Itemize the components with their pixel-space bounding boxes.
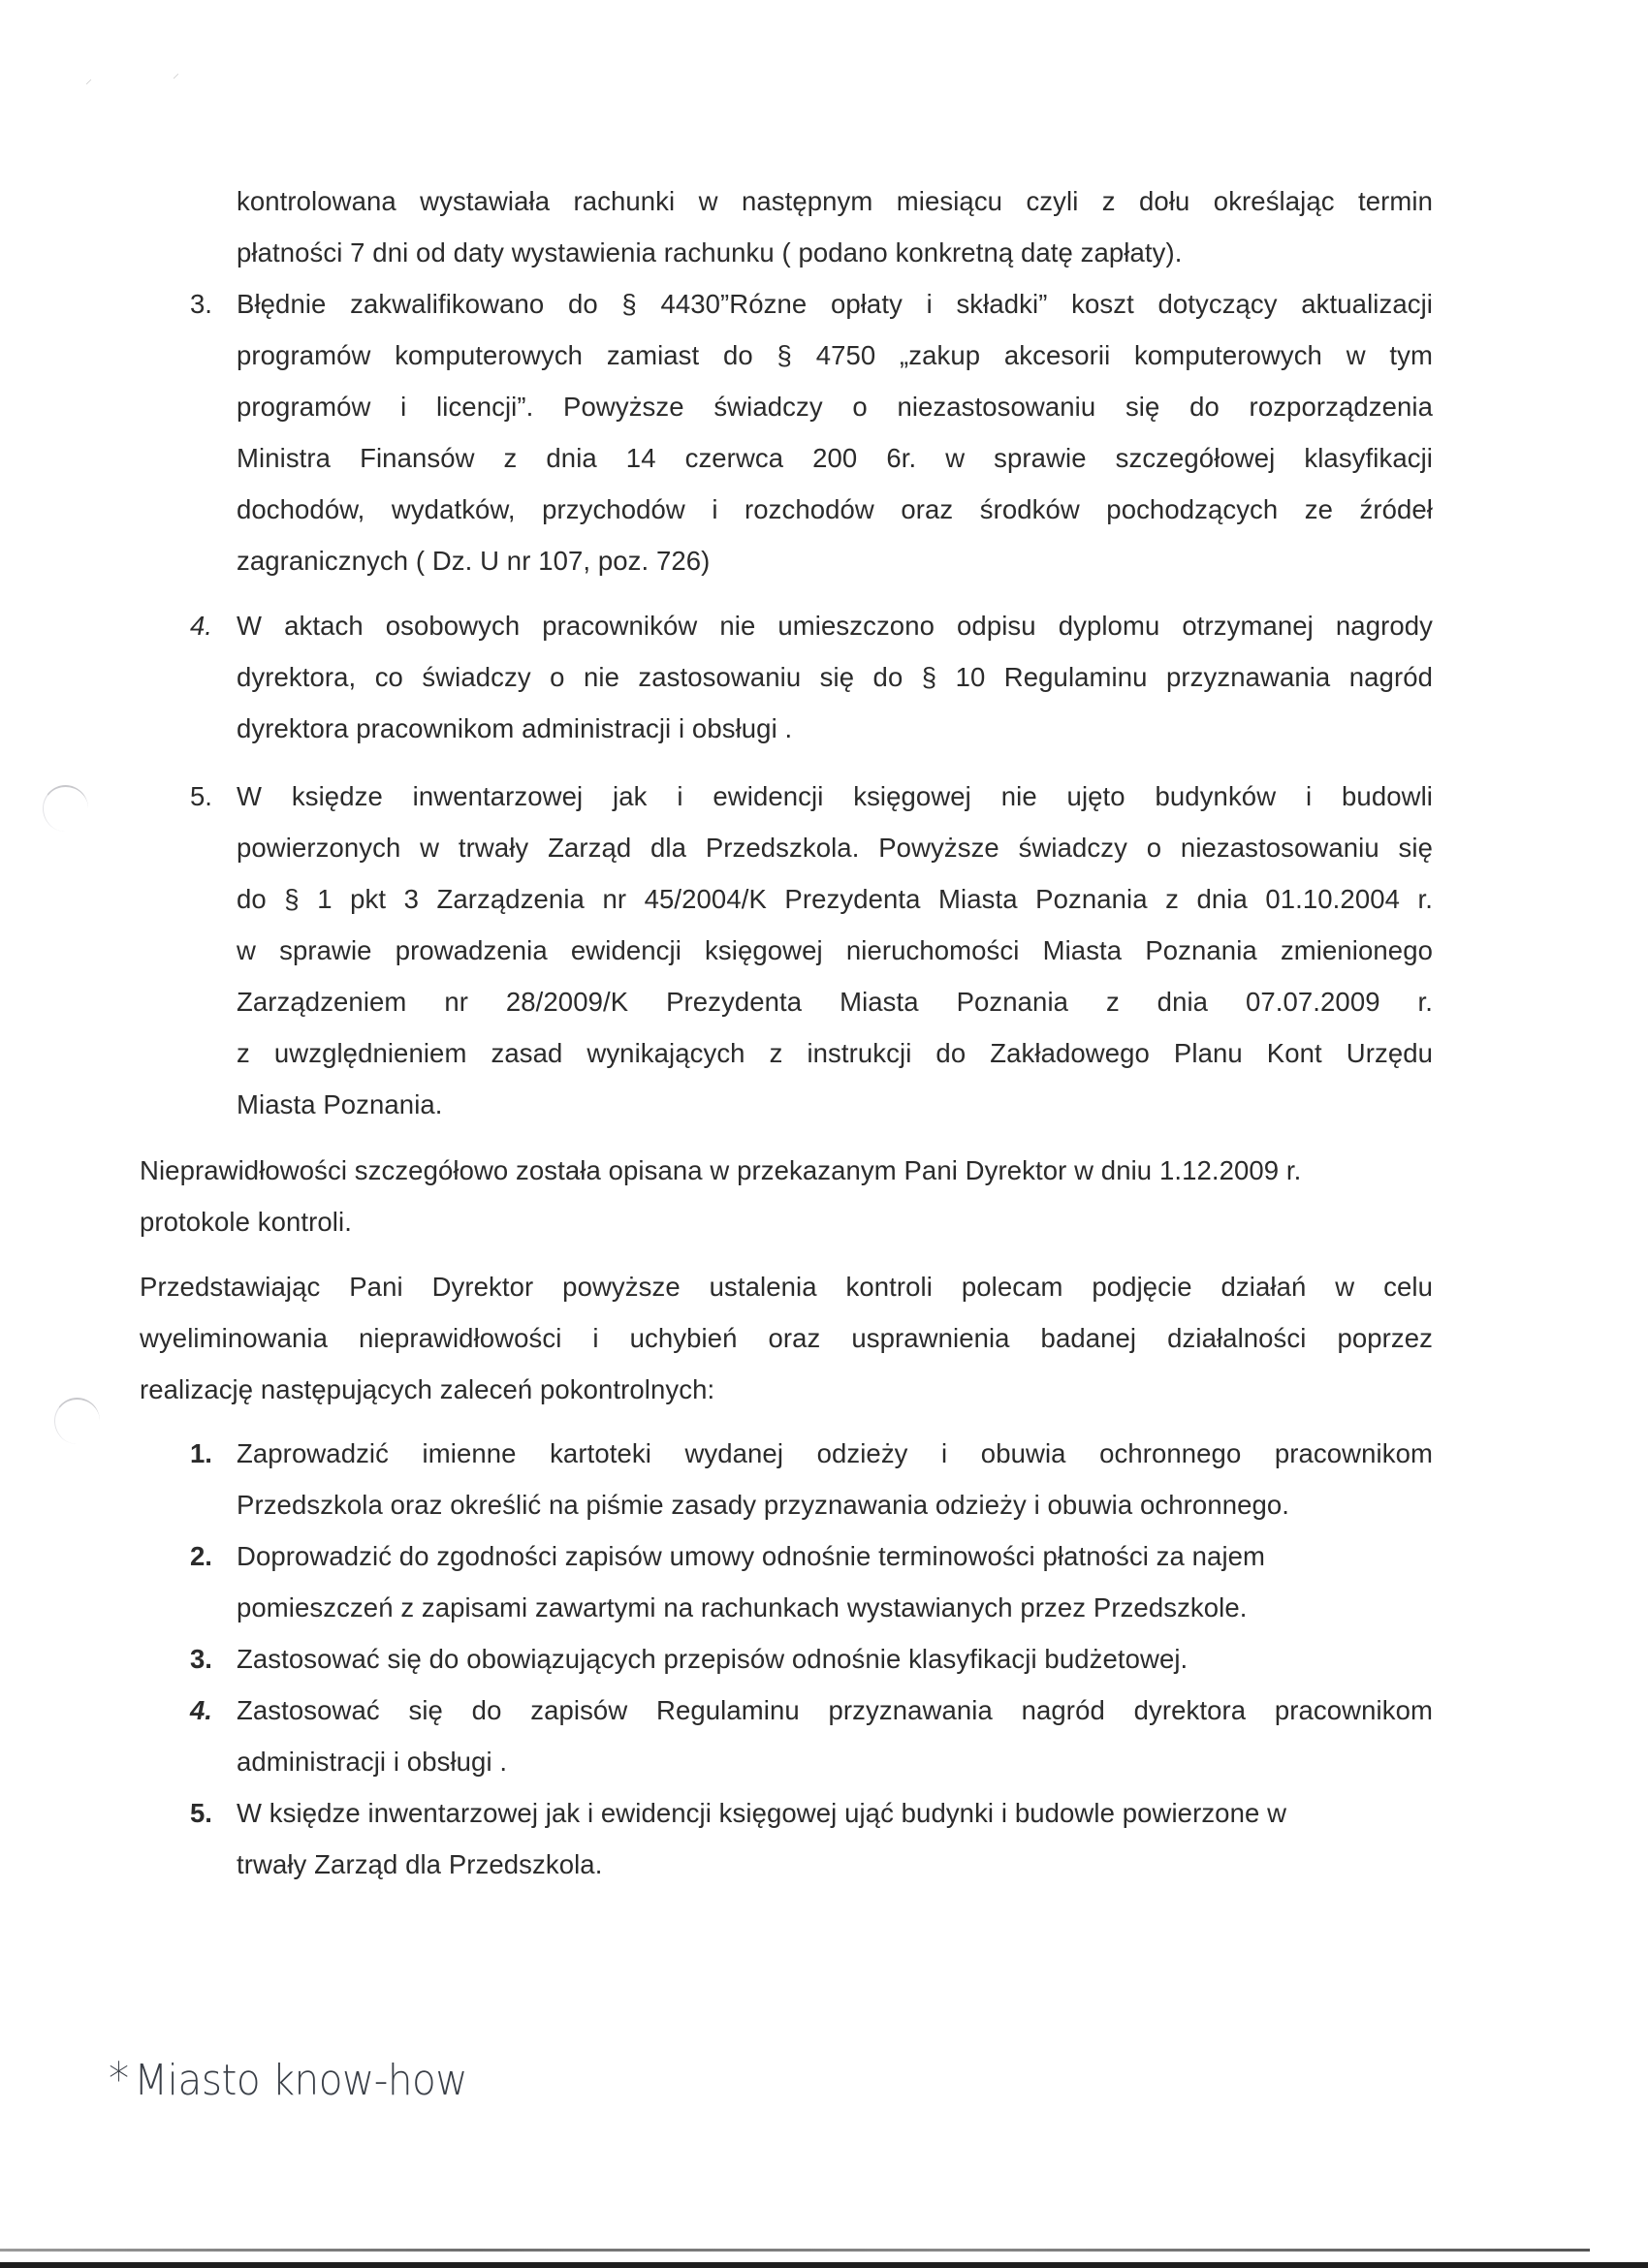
text-line: kontrolowana wystawiała rachunki w nastę…: [237, 186, 1433, 217]
list-number: 5.: [190, 1798, 212, 1829]
document-page: ⸝ ⸍ kontrolowana wystawiała rachunki w n…: [0, 0, 1648, 2268]
text-line: trwały Zarząd dla Przedszkola.: [237, 1849, 602, 1880]
logo-text: Miasto know-how: [134, 2056, 467, 2105]
text-line: Zastosować się do obowiązujących przepis…: [237, 1644, 1188, 1675]
list-number: 5.: [190, 781, 212, 812]
text-line: Miasta Poznania.: [237, 1089, 443, 1120]
margin-arc-mark: [43, 785, 88, 832]
list-number: 2.: [190, 1541, 212, 1572]
text-line: wyeliminowania nieprawidłowości i uchybi…: [140, 1323, 1433, 1354]
scan-artifact: ⸍: [173, 70, 179, 88]
text-line: Zarządzeniem nr 28/2009/K Prezydenta Mia…: [237, 987, 1433, 1018]
text-line: Ministra Finansów z dnia 14 czerwca 200 …: [237, 443, 1433, 474]
scan-artifact: ⸝: [85, 70, 92, 88]
list-number: 1.: [190, 1438, 212, 1469]
footer-logo: *Miasto know-how: [109, 2053, 467, 2105]
text-line: W księdze inwentarzowej jak i ewidencji …: [237, 781, 1433, 812]
list-number: 4.: [190, 611, 212, 642]
footer-rule: [0, 2249, 1590, 2252]
text-line: powierzonych w trwały Zarząd dla Przedsz…: [237, 833, 1433, 864]
text-line: dyrektora, co świadczy o nie zastosowani…: [237, 662, 1433, 693]
text-line: protokole kontroli.: [140, 1207, 352, 1238]
text-line: w sprawie prowadzenia ewidencji księgowe…: [237, 935, 1433, 966]
text-line: W aktach osobowych pracowników nie umies…: [237, 611, 1433, 642]
text-line: programów komputerowych zamiast do § 475…: [237, 340, 1433, 371]
text-line: z uwzględnieniem zasad wynikających z in…: [237, 1038, 1433, 1069]
text-line: Przedstawiając Pani Dyrektor powyższe us…: [140, 1272, 1433, 1303]
text-line: realizację następujących zaleceń pokontr…: [140, 1374, 714, 1405]
text-line: Zastosować się do zapisów Regulaminu prz…: [237, 1695, 1433, 1726]
text-line: zagranicznych ( Dz. U nr 107, poz. 726): [237, 546, 710, 577]
text-line: dyrektora pracownikom administracji i ob…: [237, 713, 792, 744]
text-line: W księdze inwentarzowej jak i ewidencji …: [237, 1798, 1286, 1829]
scan-bottom-edge: [0, 2262, 1648, 2268]
margin-arc-mark: [54, 1398, 100, 1444]
text-line: Przedszkola oraz określić na piśmie zasa…: [237, 1490, 1289, 1521]
list-number: 3.: [190, 289, 212, 320]
text-line: administracji i obsługi .: [237, 1747, 507, 1778]
text-line: dochodów, wydatków, przychodów i rozchod…: [237, 494, 1433, 525]
list-number: 3.: [190, 1644, 212, 1675]
list-number: 4.: [190, 1695, 212, 1726]
text-line: Zaprowadzić imienne kartoteki wydanej od…: [237, 1438, 1433, 1469]
text-line: pomieszczeń z zapisami zawartymi na rach…: [237, 1592, 1248, 1623]
text-line: do § 1 pkt 3 Zarządzenia nr 45/2004/K Pr…: [237, 884, 1433, 915]
text-line: Błędnie zakwalifikowano do § 4430”Rózne …: [237, 289, 1433, 320]
text-line: płatności 7 dni od daty wystawienia rach…: [237, 237, 1182, 268]
text-line: Doprowadzić do zgodności zapisów umowy o…: [237, 1541, 1265, 1572]
text-line: programów i licencji”. Powyższe świadczy…: [237, 392, 1433, 423]
asterisk-logo-icon: *: [109, 2053, 129, 2105]
text-line: Nieprawidłowości szczegółowo została opi…: [140, 1155, 1301, 1186]
